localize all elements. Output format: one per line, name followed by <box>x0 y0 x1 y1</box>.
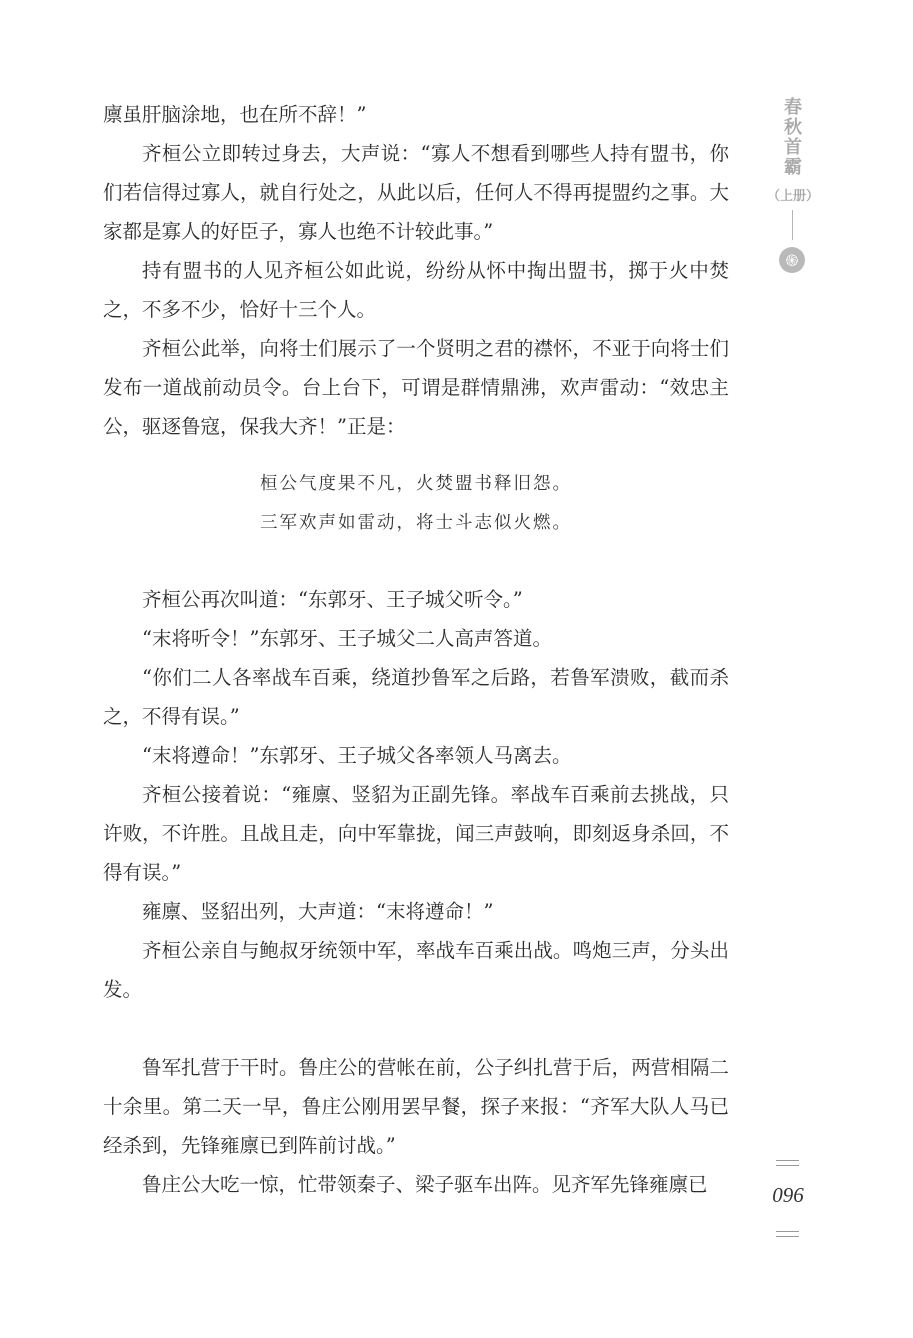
poem-line: 三军欢声如雷动，将士斗志似火燃。 <box>103 504 729 543</box>
paragraph: 齐桓公立即转过身去，大声说：“寡人不想看到哪些人持有盟书，你们若信得过寡人，就自… <box>103 134 729 251</box>
poem-line: 桓公气度果不凡，火焚盟书释旧怨。 <box>103 465 729 504</box>
paragraph: “你们二人各率战车百乘，绕道抄鲁军之后路，若鲁军溃败，截而杀之，不得有误。” <box>103 658 729 736</box>
page-number: 096 <box>768 1183 808 1208</box>
decorative-emblem-icon: ֍ <box>779 247 805 273</box>
paragraph: “末将遵命！”东郭牙、王子城父各率领人马离去。 <box>103 736 729 775</box>
page-body: 廪虽肝脑涂地，也在所不辞！” 齐桓公立即转过身去，大声说：“寡人不想看到哪些人持… <box>103 95 729 1204</box>
paragraph: 齐桓公接着说：“雍廪、竖貂为正副先锋。率战车百乘前去挑战，只许败，不许胜。且战且… <box>103 775 729 892</box>
paragraph: “末将听令！”东郭牙、王子城父二人高声答道。 <box>103 619 729 658</box>
paragraph: 持有盟书的人见齐桓公如此说，纷纷从怀中掏出盟书，掷于火中焚之，不多不少，恰好十三… <box>103 251 729 329</box>
paragraph: 廪虽肝脑涂地，也在所不辞！” <box>103 95 729 134</box>
title-char: 春 <box>775 98 811 118</box>
paragraph: 齐桓公再次叫道：“东郭牙、王子城父听令。” <box>103 580 729 619</box>
paragraph: 鲁军扎营于干时。鲁庄公的营帐在前，公子纠扎营于后，两营相隔二十余里。第二天一早，… <box>103 1048 729 1165</box>
title-char: 霸 <box>775 158 811 178</box>
page-number-rule-top <box>776 1160 799 1166</box>
running-book-title: 春 秋 首 霸 <box>775 98 811 178</box>
page-number-rule-bottom <box>776 1231 799 1237</box>
title-char: 秋 <box>775 118 811 138</box>
poem-verse: 桓公气度果不凡，火焚盟书释旧怨。 三军欢声如雷动，将士斗志似火燃。 <box>103 465 729 543</box>
title-char: 首 <box>775 138 811 158</box>
vertical-divider <box>792 210 793 240</box>
paragraph: 齐桓公此举，向将士们展示了一个贤明之君的襟怀，不亚于向将士们发布一道战前动员令。… <box>103 329 729 446</box>
volume-label: （上册） <box>762 185 824 204</box>
paragraph: 鲁庄公大吃一惊，忙带领秦子、梁子驱车出阵。见齐军先锋雍廪已 <box>103 1165 729 1204</box>
paragraph: 齐桓公亲自与鲍叔牙统领中军，率战车百乘出战。鸣炮三声，分头出发。 <box>103 931 729 1009</box>
paragraph: 雍廪、竖貂出列，大声道：“末将遵命！” <box>103 892 729 931</box>
section-gap <box>103 1009 729 1048</box>
